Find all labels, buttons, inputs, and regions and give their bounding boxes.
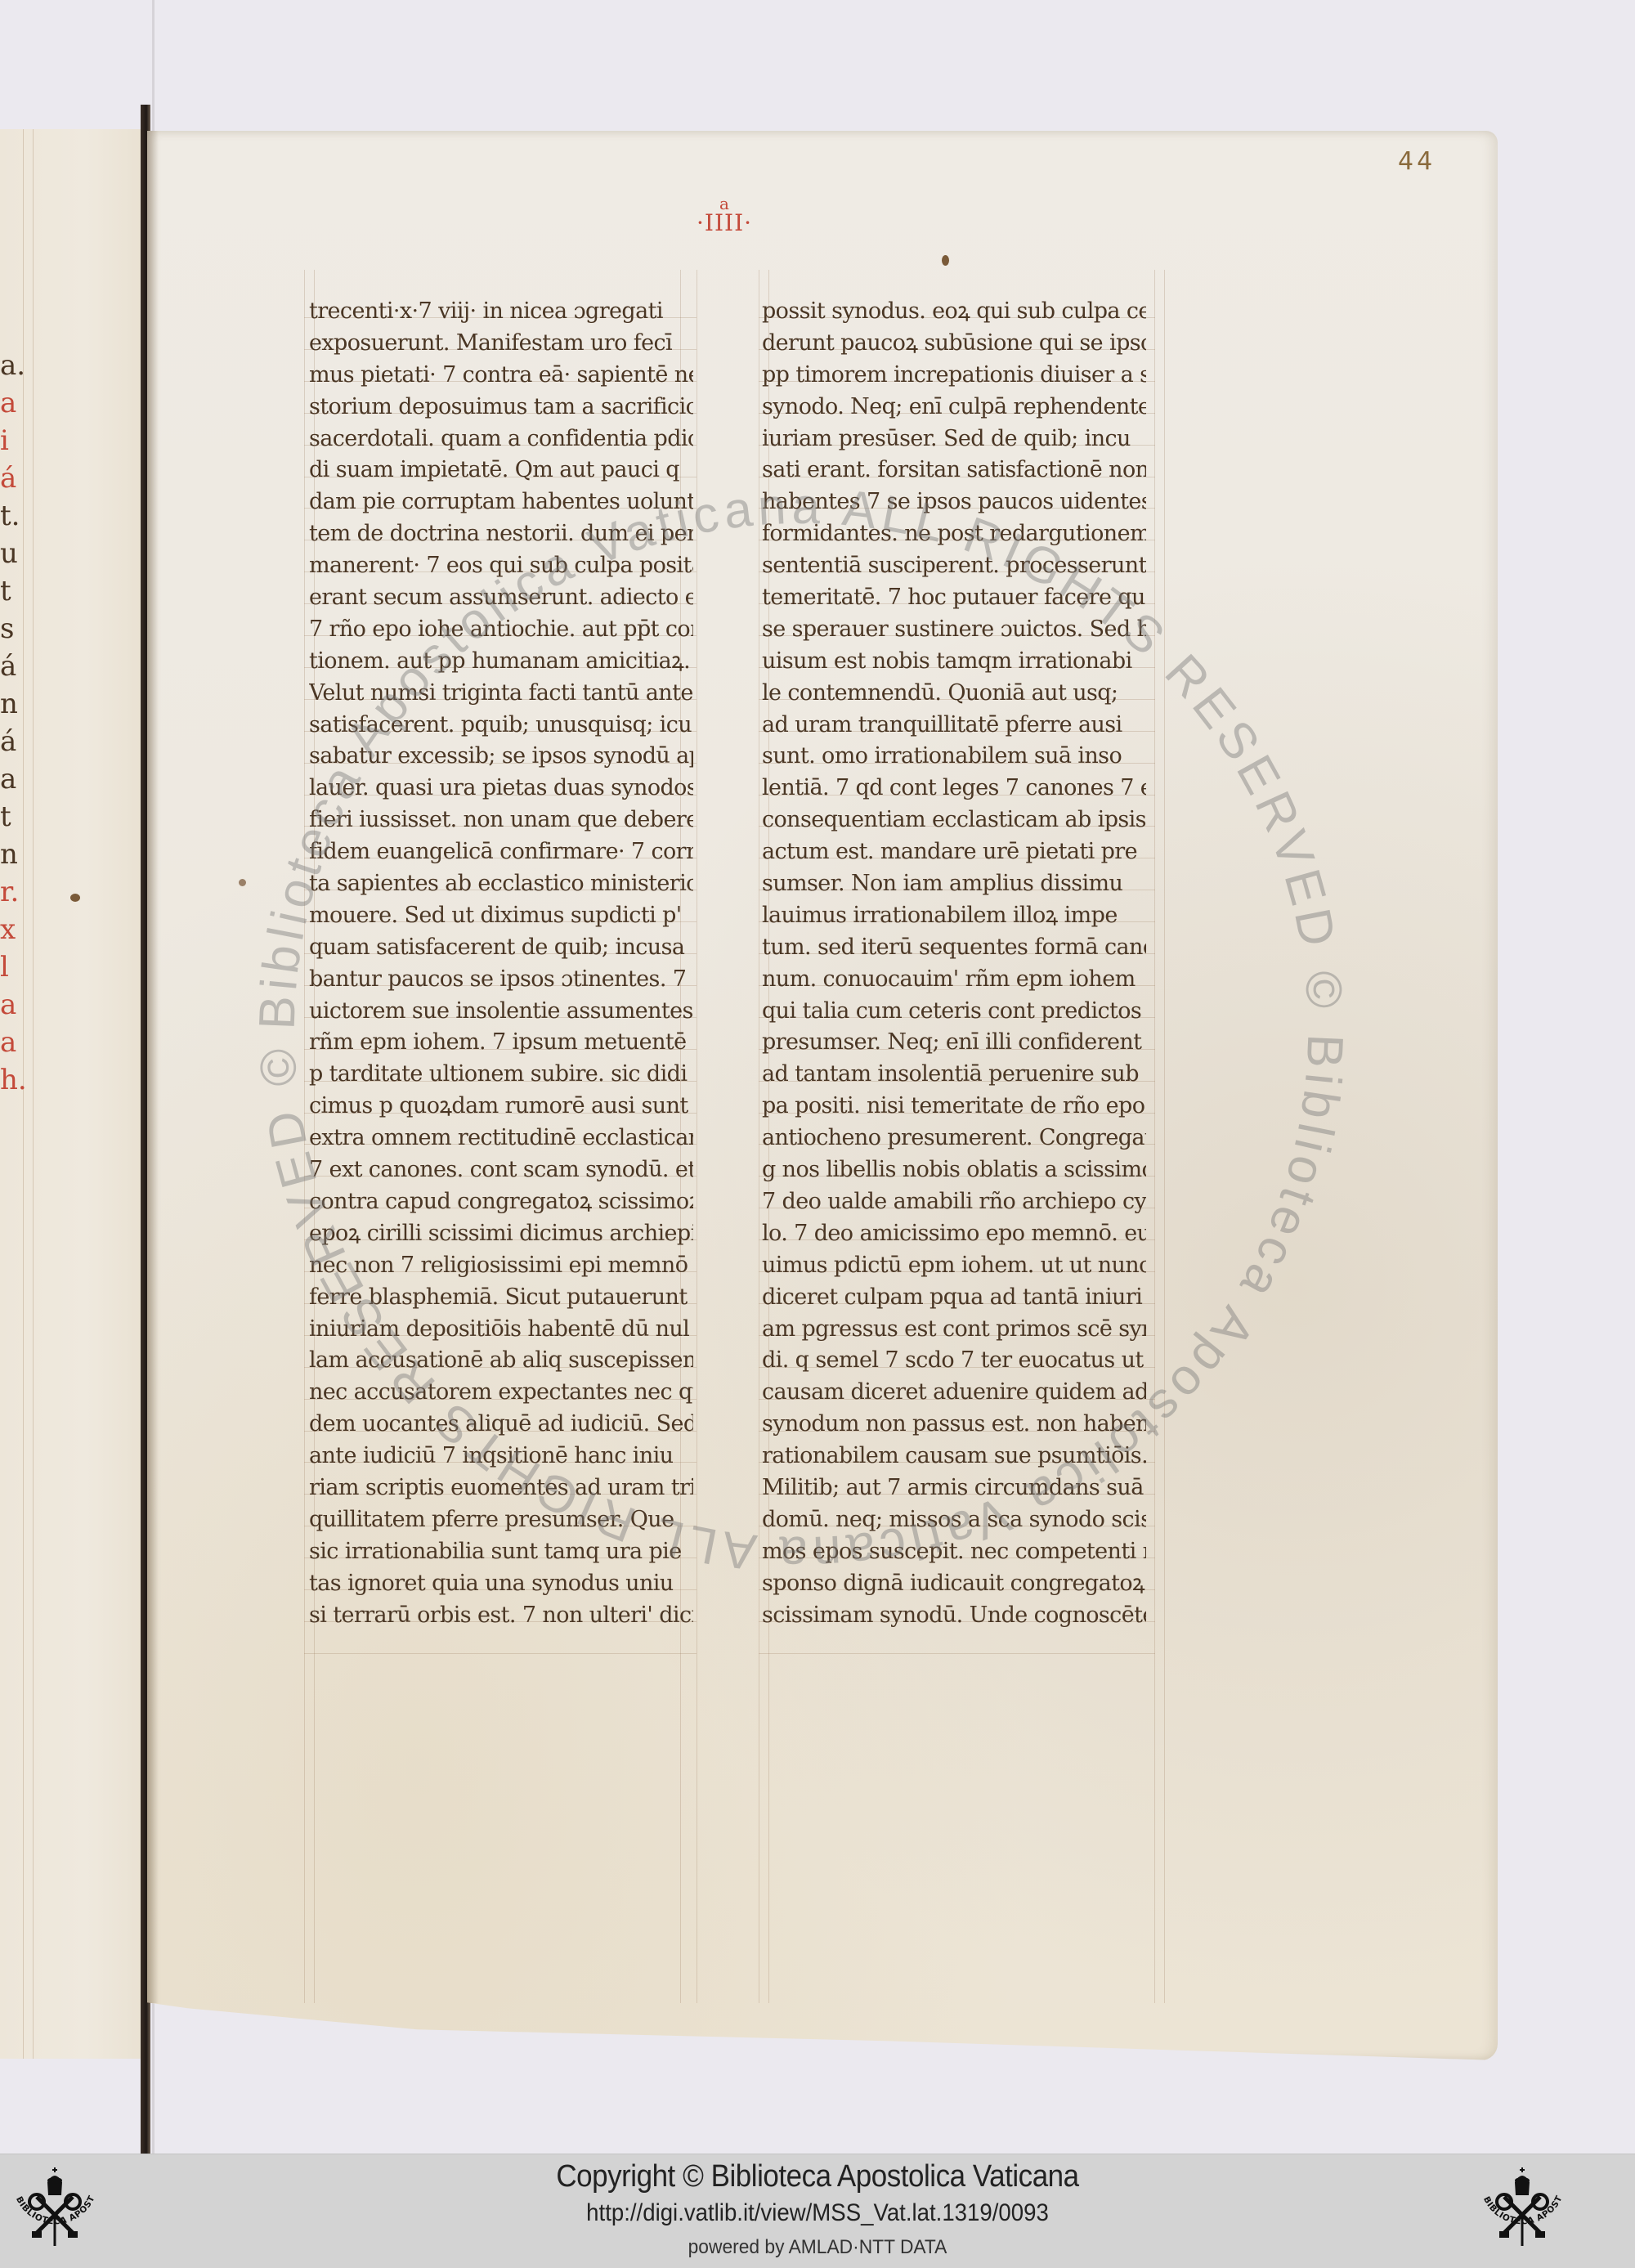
- manuscript-line: contra capud congregatoꝝ scissimoꝝ: [309, 1186, 693, 1218]
- facing-page-glyph: á: [0, 652, 16, 680]
- manuscript-line: sponso dignā iudicauit congregatoꝝ: [762, 1568, 1146, 1600]
- ink-spot: [70, 894, 80, 902]
- manuscript-line: manerent· 7 eos qui sub culpa posita: [309, 550, 693, 582]
- manuscript-line: sumser. Non iam amplius dissimu: [762, 868, 1146, 900]
- ruling-line: [304, 1653, 697, 1654]
- manuscript-line: tem de doctrina nestorii. dum ei per: [309, 518, 693, 550]
- manuscript-line: sententiā susciperent. processerunt in: [762, 550, 1146, 582]
- facing-page-glyph: a: [0, 991, 16, 1019]
- manuscript-line: nec accusatorem expectantes nec qui: [309, 1377, 693, 1409]
- manuscript-line: lauimus irrationabilem illoꝝ impe: [762, 900, 1146, 932]
- permalink-url[interactable]: http://digi.vatlib.it/view/MSS_Vat.lat.1…: [65, 2199, 1570, 2227]
- manuscript-line: tum. sed iterū sequentes formā cano: [762, 932, 1146, 964]
- facing-page-glyph: a: [0, 1029, 16, 1056]
- manuscript-line: dam pie corruptam habentes uolunta: [309, 486, 693, 518]
- manuscript-line: pa positi. nisi temeritate de rño epo io…: [762, 1091, 1146, 1123]
- manuscript-line: si terrarū orbis est. 7 non ulteri' dici: [309, 1600, 693, 1632]
- manuscript-line: erant secum assumserunt. adiecto ei: [309, 582, 693, 614]
- manuscript-line: dem uocantes aliquē ad iudiciū. Sed: [309, 1409, 693, 1441]
- manuscript-line: uictorem sue insolentie assumentes: [309, 996, 693, 1028]
- manuscript-line: lauer. quasi ura pietas duas synodos: [309, 773, 693, 805]
- manuscript-line: storium deposuimus tam a sacrificio: [309, 392, 693, 424]
- facing-page-glyph: n: [0, 840, 18, 868]
- ruling-line: [759, 1653, 1155, 1654]
- viewer-footer: BIBLIOTECA APOSTOLICA VATICANA Copyright…: [0, 2154, 1635, 2268]
- facing-page-glyph: n: [0, 690, 18, 718]
- facing-page-glyph: h.: [0, 1066, 27, 1094]
- manuscript-line: habentes 7 se ipsos paucos uidentes 7: [762, 486, 1146, 518]
- facing-page-glyph: a: [0, 765, 16, 793]
- facing-page-glyph: a.: [0, 352, 25, 379]
- manuscript-line: domū. neq; missos a sca synodo scissi: [762, 1504, 1146, 1536]
- ink-spot: [239, 879, 246, 886]
- manuscript-line: fidem euangelicā confirmare· 7 corrup: [309, 836, 693, 868]
- text-column-left: trecenti·x·7 viij· in nicea ɔgregatiexpo…: [309, 296, 693, 1631]
- manuscript-line: satisfacerent. pquib; unusquisq; icu: [309, 710, 693, 742]
- manuscript-line: epoꝝ cirilli scissimi dicimus archiepi.: [309, 1218, 693, 1250]
- facing-page-glyph: u: [0, 540, 18, 567]
- manuscript-line: pp timorem increpationis diuiser a sca: [762, 360, 1146, 392]
- manuscript-line: quam satisfacerent de quib; incusa: [309, 932, 693, 964]
- manuscript-line: sic irrationabilia sunt tamq ura pie: [309, 1536, 693, 1568]
- svg-text:BIBLIOTECA APOSTOLICA VATICANA: BIBLIOTECA APOSTOLICA VATICANA: [1471, 2164, 1565, 2226]
- manuscript-line: mos epos suscepit. nec competenti re: [762, 1536, 1146, 1568]
- copyright-notice: Copyright © Biblioteca Apostolica Vatica…: [65, 2159, 1570, 2194]
- manuscript-line: causam diceret aduenire quidem ad: [762, 1377, 1146, 1409]
- ruling-line: [1164, 270, 1165, 2003]
- manuscript-line: scissimam synodū. Unde cognoscētes: [762, 1600, 1146, 1632]
- manuscript-line: fieri iussisset. non unam que deberet: [309, 805, 693, 836]
- manuscript-line: rñm epm iohem. 7 ipsum metuentē: [309, 1027, 693, 1059]
- facing-page-glyph: t: [0, 577, 11, 605]
- page-gutter-shadow: [147, 131, 159, 2003]
- manuscript-line: 7 rño epo iohe antiochie. aut pp̄t conte…: [309, 614, 693, 646]
- manuscript-line: p tarditate ultionem subire. sic didi: [309, 1059, 693, 1091]
- manuscript-line: extra omnem rectitudinē ecclasticam: [309, 1123, 693, 1154]
- manuscript-line: nec non 7 religiosissimi epi memnō pro: [309, 1250, 693, 1282]
- manuscript-line: antiocheno presumerent. Congregatis: [762, 1123, 1146, 1154]
- manuscript-line: qui talia cum ceteris cont predictos: [762, 996, 1146, 1028]
- manuscript-line: exposuerunt. Manifestam uro fecī: [309, 328, 693, 360]
- manuscript-line: lo. 7 deo amicissimo epo memnō. euoca: [762, 1218, 1146, 1250]
- manuscript-line: di. q semel 7 scdo 7 ter euocatus ut: [762, 1345, 1146, 1377]
- manuscript-line: se sperauer sustinere ɔuictos. Sed hoc: [762, 614, 1146, 646]
- facing-page-glyph: t.: [0, 502, 20, 530]
- manuscript-line: mus pietati· 7 contra eā· sapientē ne: [309, 360, 693, 392]
- manuscript-line: ad uram tranquillitatē pferre ausi: [762, 710, 1146, 742]
- manuscript-line: bantur paucos se ipsos ɔtinentes. 7 ad: [309, 964, 693, 996]
- manuscript-line: Velut numsi triginta facti tantū ante ꝗo…: [309, 678, 693, 710]
- manuscript-line: Militib; aut 7 armis circumdans suā: [762, 1472, 1146, 1504]
- manuscript-line: possit synodus. eoꝝ qui sub culpa ceci: [762, 296, 1146, 328]
- text-column-right: possit synodus. eoꝝ qui sub culpa cecide…: [762, 296, 1146, 1631]
- manuscript-line: consequentiam ecclasticam ab ipsis: [762, 805, 1146, 836]
- facing-page-glyph: r.: [0, 878, 19, 906]
- facing-page-fragment: a.aiát.utsánáatnr.xlaah.: [0, 129, 144, 2059]
- manuscript-line: sacerdotali. quam a confidentia pdicā: [309, 424, 693, 455]
- facing-page-glyph: á: [0, 464, 16, 492]
- manuscript-line: num. conuocauim' rñm epm iohem: [762, 964, 1146, 996]
- folio-number: 44: [1398, 147, 1436, 176]
- powered-by: powered by AMLAD·NTT DATA: [41, 2236, 1594, 2259]
- facing-page-glyph: i: [0, 427, 9, 455]
- manuscript-line: synodum non passus est. non habens: [762, 1409, 1146, 1441]
- ruling-line: [33, 129, 34, 2059]
- manuscript-line: temeritatē. 7 hoc putauer facere quod: [762, 582, 1146, 614]
- scan-viewport: a.aiát.utsánáatnr.xlaah. 44 a ·IIII· tre…: [0, 0, 1635, 2154]
- facing-page-glyph: s: [0, 615, 14, 643]
- manuscript-line: mouere. Sed ut diximus supdicti p': [309, 900, 693, 932]
- manuscript-line: riam scriptis euomentes ad uram tri: [309, 1472, 693, 1504]
- manuscript-line: 7 ext canones. cont scam synodū. et: [309, 1154, 693, 1186]
- facing-page-glyph: t: [0, 803, 11, 831]
- ink-spot: [942, 255, 949, 266]
- manuscript-line: uimus pdictū epm iohem. ut ut nunc: [762, 1250, 1146, 1282]
- manuscript-line: lam accusationē ab aliq suscepissent.: [309, 1345, 693, 1377]
- seal-label: BIBLIOTECA APOSTOLICA VATICANA: [1471, 2164, 1565, 2226]
- ruling-line: [1154, 270, 1155, 2003]
- facing-page-glyph: x: [0, 916, 16, 944]
- manuscript-line: quillitatem pferre presumser. Que: [309, 1504, 693, 1536]
- manuscript-line: di suam impietatē. Qm aut pauci q: [309, 455, 693, 486]
- ruling-line: [304, 270, 305, 2003]
- manuscript-line: presumser. Neq; enī illi confiderent: [762, 1027, 1146, 1059]
- manuscript-line: derunt paucoꝝ subūsione qui se ipsos: [762, 328, 1146, 360]
- manuscript-line: cimus p quoꝝdam rumorē ausi sunt: [309, 1091, 693, 1123]
- manuscript-line: synodo. Neq; enī culpā rephendentes i: [762, 392, 1146, 424]
- ruling-line: [697, 270, 697, 2003]
- facing-page-glyph: a: [0, 389, 16, 417]
- manuscript-line: iniuriam depositiōis habentē dū nul: [309, 1314, 693, 1346]
- manuscript-line: actum est. mandare urē pietati pre: [762, 836, 1146, 868]
- manuscript-line: iuriam presūser. Sed de quib; incu: [762, 424, 1146, 455]
- papal-keys-tiara-icon: BIBLIOTECA APOSTOLICA VATICANA: [1471, 2164, 1574, 2266]
- ruling-line: [759, 270, 759, 2003]
- manuscript-line: ferre blasphemiā. Sicut putauerunt: [309, 1282, 693, 1314]
- manuscript-line: g nos libellis nobis oblatis a scissimo: [762, 1154, 1146, 1186]
- manuscript-line: rationabilem causam sue psumtiōis.: [762, 1441, 1146, 1472]
- manuscript-line: trecenti·x·7 viij· in nicea ɔgregati: [309, 296, 693, 328]
- facing-page-glyph: á: [0, 728, 16, 755]
- manuscript-line: tionem. aut pp humanam amicitiaꝝ.: [309, 646, 693, 678]
- manuscript-line: ante iudiciū 7 inqsitionē hanc iniu: [309, 1441, 693, 1472]
- manuscript-line: ad tantam insolentiā peruenire sub cul: [762, 1059, 1146, 1091]
- manuscript-line: am pgressus est cont primos scē syno: [762, 1314, 1146, 1346]
- manuscript-line: sabatur excessib; se ipsos synodū appel: [309, 741, 693, 773]
- quire-mark: a ·IIII·: [697, 196, 752, 235]
- manuscript-line: le contemnendū. Quoniā aut usq;: [762, 678, 1146, 710]
- manuscript-line: uisum est nobis tamqm irrationabi: [762, 646, 1146, 678]
- manuscript-line: formidantes. ne post redargutionem: [762, 518, 1146, 550]
- quire-mark-numeral: ·IIII·: [697, 211, 752, 235]
- facing-page-glyph: l: [0, 953, 9, 981]
- manuscript-line: ta sapientes ab ecclastico ministerio re: [309, 868, 693, 900]
- manuscript-line: tas ignoret quia una synodus uniu: [309, 1568, 693, 1600]
- manuscript-line: diceret culpam pqua ad tantā iniuri: [762, 1282, 1146, 1314]
- manuscript-line: 7 deo ualde amabili rño archiepo cyril: [762, 1186, 1146, 1218]
- manuscript-line: sunt. omo irrationabilem suā inso: [762, 741, 1146, 773]
- manuscript-line: lentiā. 7 qd cont leges 7 canones 7 eccl: [762, 773, 1146, 805]
- manuscript-line: sati erant. forsitan satisfactionē non: [762, 455, 1146, 486]
